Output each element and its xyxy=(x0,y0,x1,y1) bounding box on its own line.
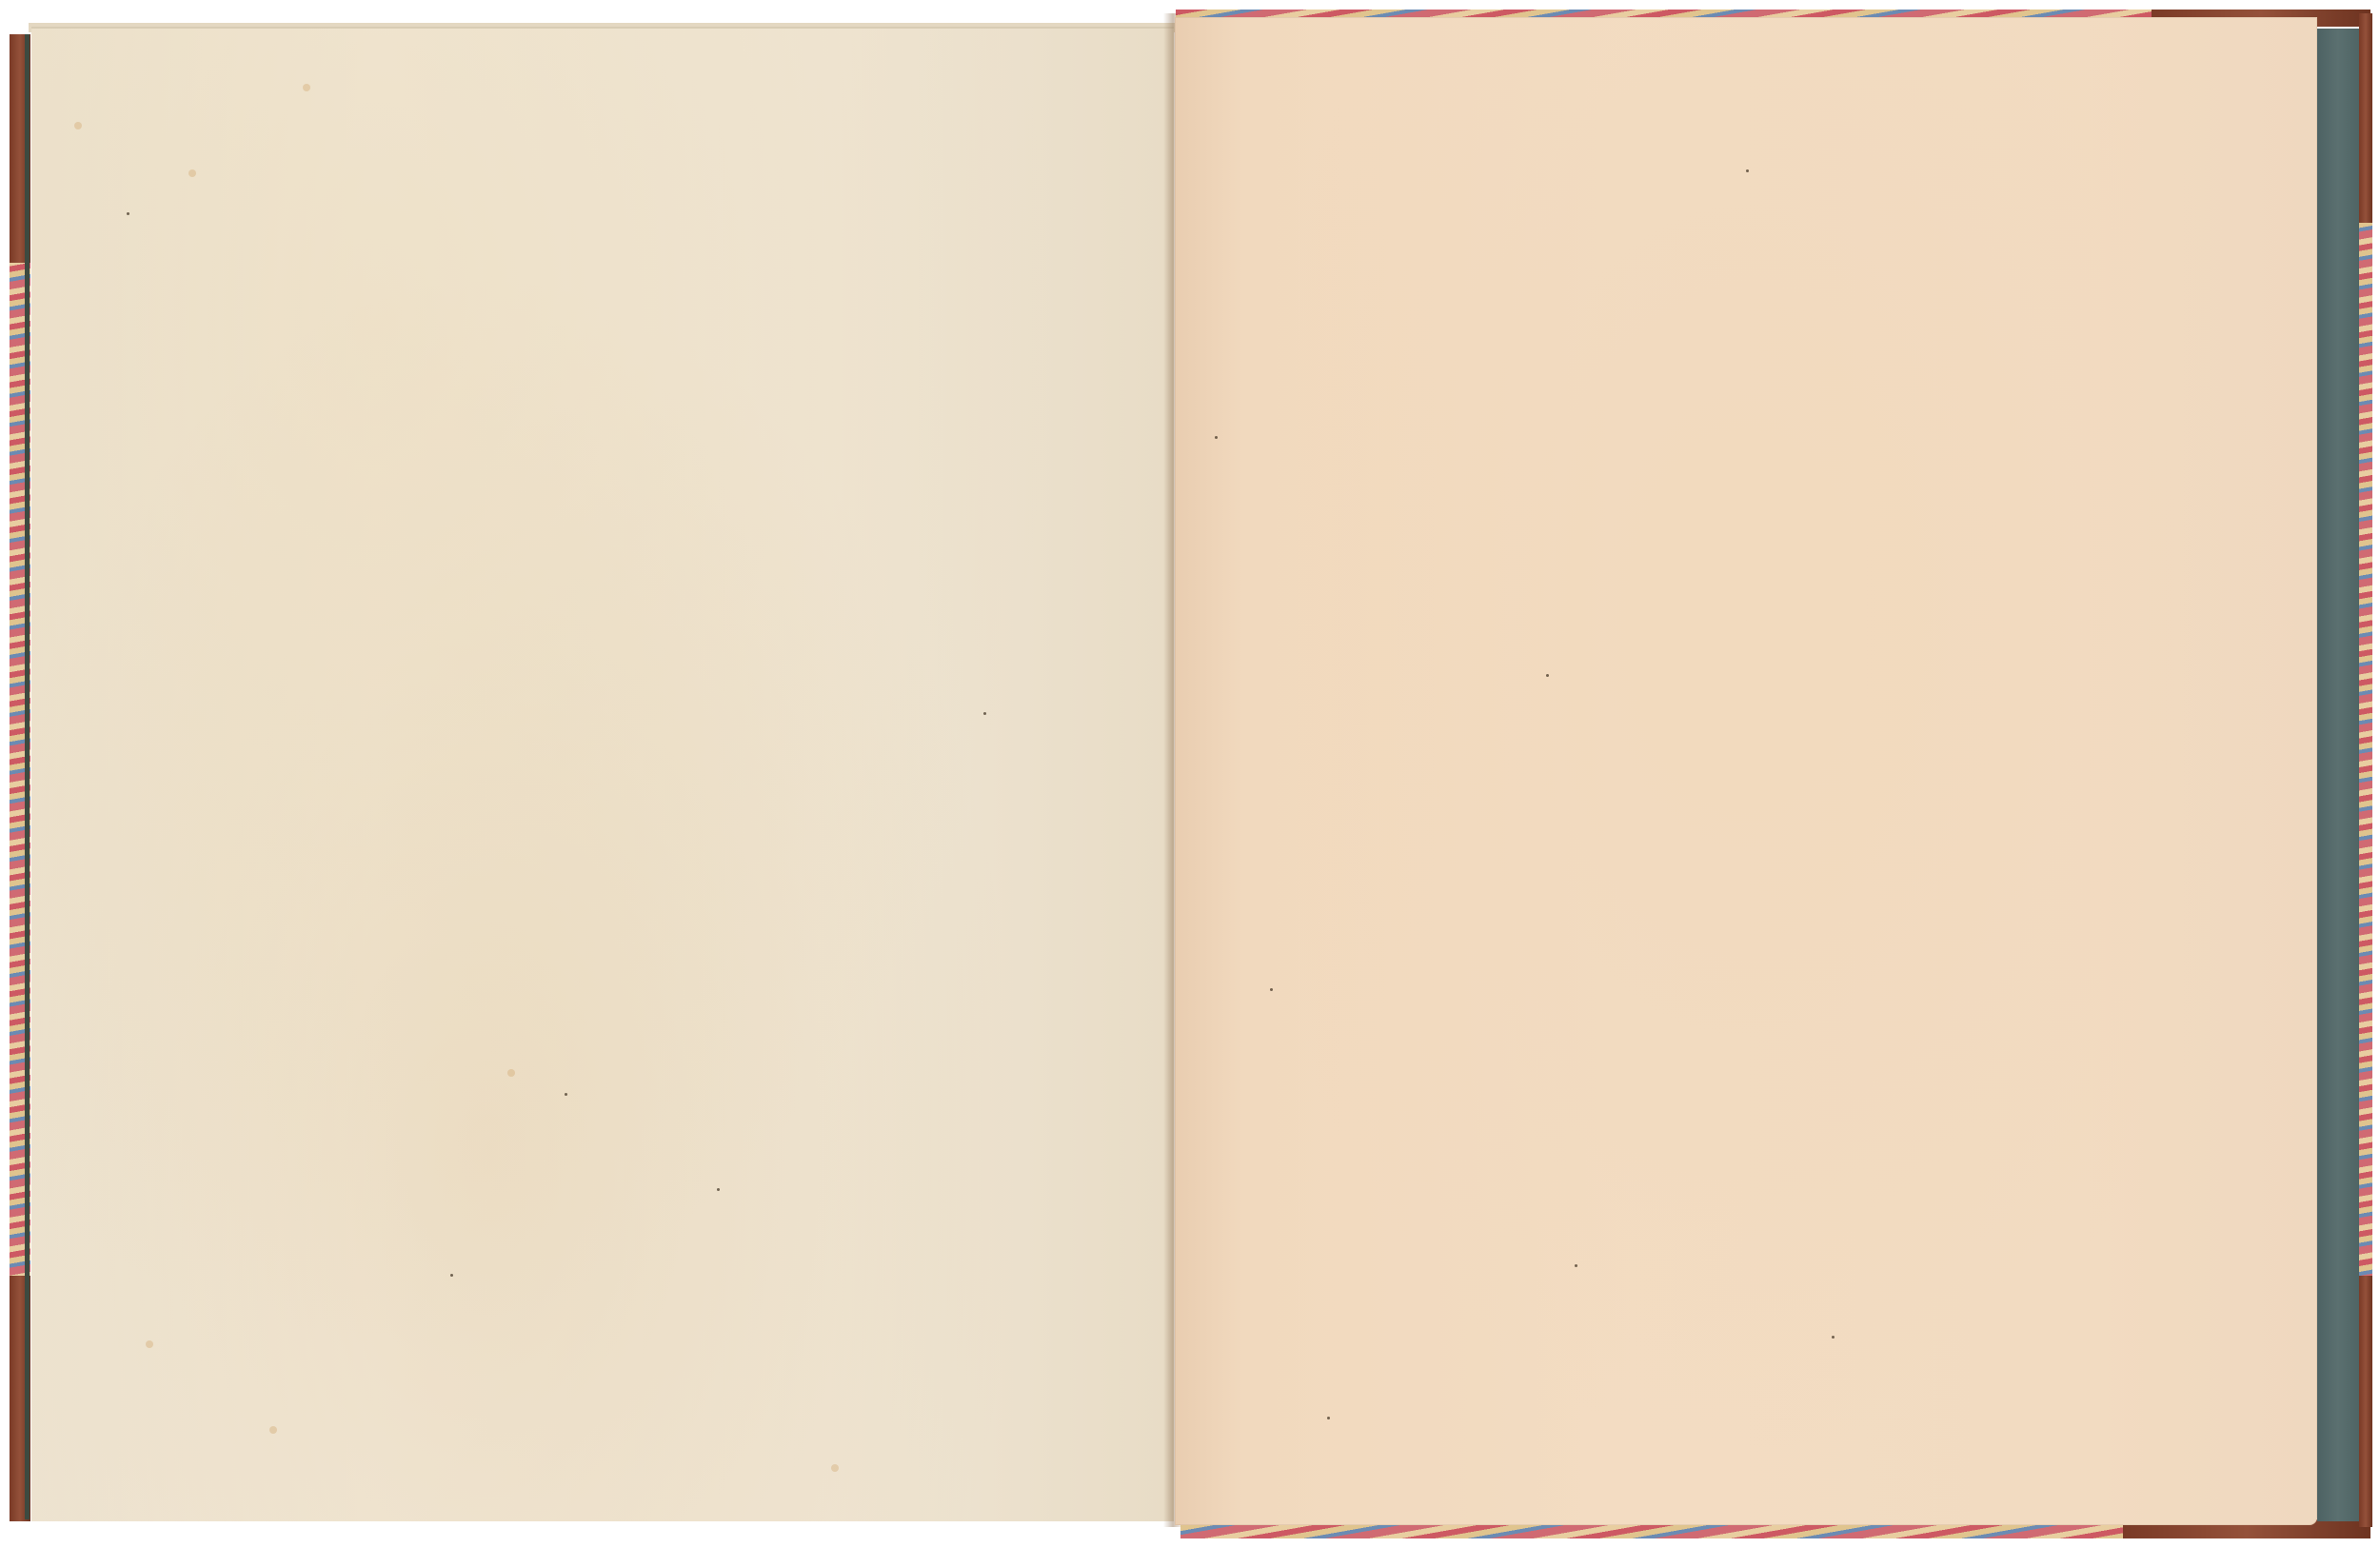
right-endpaper-teal xyxy=(2317,29,2359,1521)
right-cover-leather-side-bottom xyxy=(2359,1276,2372,1527)
left-page xyxy=(31,27,1174,1521)
right-cover-leather-side-top xyxy=(2359,13,2372,223)
left-cover-inner-edge xyxy=(25,34,30,1519)
right-page xyxy=(1175,17,2317,1525)
